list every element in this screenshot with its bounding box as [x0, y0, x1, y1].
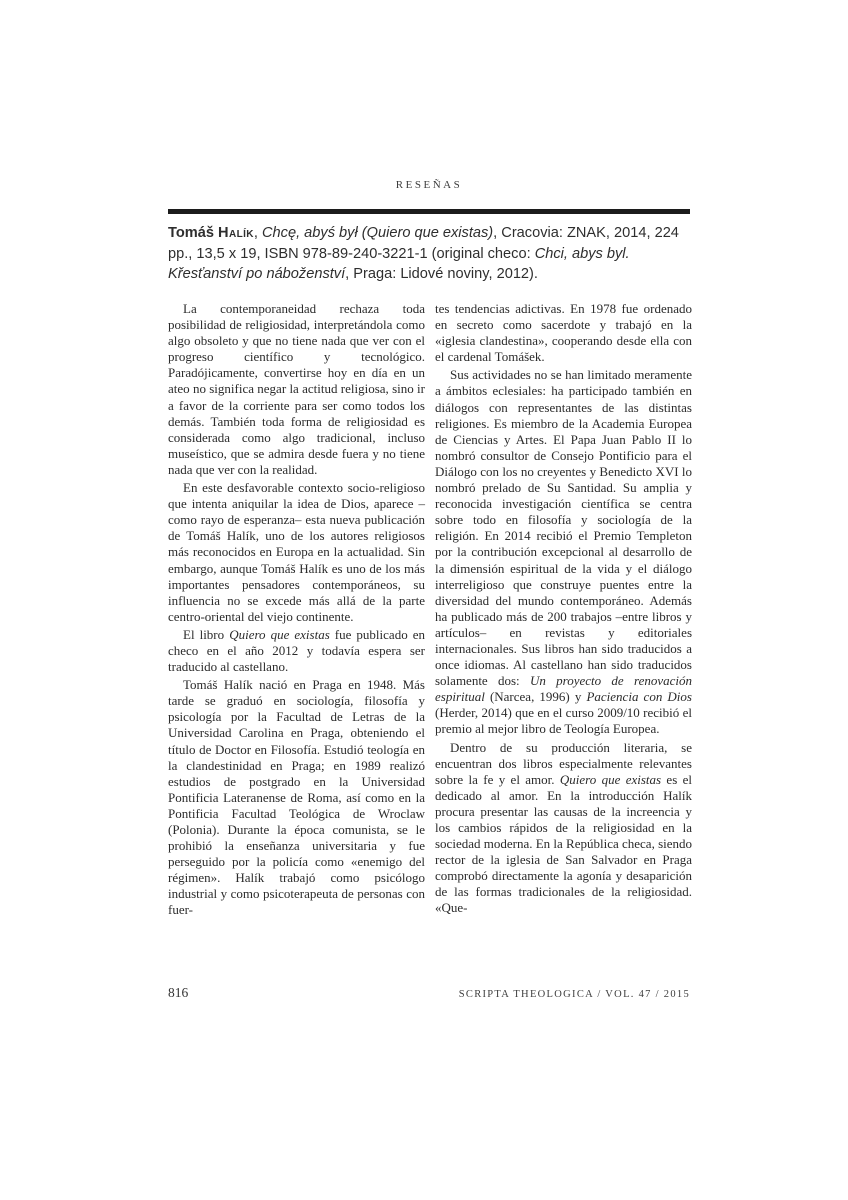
- citation-segment-bold: Tomáš: [168, 225, 218, 241]
- running-head: RESEÑAS: [168, 179, 690, 191]
- book-citation: Tomáš Halík, Chcę, abyś był (Quiero que …: [168, 223, 692, 285]
- text-run: Sus actividades no se han limitado meram…: [435, 367, 692, 688]
- right-column: tes tendencias adictivas. En 1978 fue or…: [435, 301, 692, 919]
- text-run: En este desfavorable contexto socio-reli…: [168, 480, 425, 624]
- citation-segment-plain: , Praga: Lidové noviny, 2012).: [345, 266, 538, 282]
- book-title-italic: Quiero que existas: [229, 627, 330, 642]
- paragraph: En este desfavorable contexto socio-reli…: [168, 480, 425, 625]
- paragraph: La contemporaneidad rechaza toda posibil…: [168, 301, 425, 478]
- paragraph: tes tendencias adictivas. En 1978 fue or…: [435, 301, 692, 365]
- review-body: La contemporaneidad rechaza toda posibil…: [168, 301, 692, 919]
- text-run: (Narcea, 1996) y: [485, 689, 587, 704]
- text-run: Tomáš Halík nació en Praga en 1948. Más …: [168, 677, 425, 917]
- page-number: 816: [168, 985, 188, 1001]
- citation-segment-italic: Chcę, abyś był (Quiero que existas): [262, 225, 493, 241]
- citation-segment-smallcaps: Halík: [218, 225, 254, 241]
- text-run: La contemporaneidad rechaza toda posibil…: [168, 301, 425, 477]
- journal-volume-line: SCRIPTA THEOLOGICA / VOL. 47 / 2015: [459, 989, 690, 1000]
- text-run: tes tendencias adictivas. En 1978 fue or…: [435, 301, 692, 364]
- left-column: La contemporaneidad rechaza toda posibil…: [168, 301, 425, 919]
- paragraph: Dentro de su producción literaria, se en…: [435, 740, 692, 917]
- book-title-italic: Paciencia con Dios: [586, 689, 692, 704]
- paragraph: Sus actividades no se han limitado meram…: [435, 367, 692, 737]
- citation-segment-plain: ,: [254, 225, 262, 241]
- text-run: El libro: [183, 627, 229, 642]
- page-footer: 816 SCRIPTA THEOLOGICA / VOL. 47 / 2015: [168, 985, 690, 1001]
- paragraph: El libro Quiero que existas fue publicad…: [168, 627, 425, 675]
- text-run: es el dedicado al amor. En la introducci…: [435, 772, 692, 916]
- text-run: (Herder, 2014) que en el curso 2009/10 r…: [435, 705, 692, 736]
- section-divider-rule: [168, 209, 690, 214]
- book-title-italic: Quiero que existas: [560, 772, 661, 787]
- journal-scanned-page: RESEÑAS Tomáš Halík, Chcę, abyś był (Qui…: [0, 0, 848, 1200]
- paragraph: Tomáš Halík nació en Praga en 1948. Más …: [168, 677, 425, 918]
